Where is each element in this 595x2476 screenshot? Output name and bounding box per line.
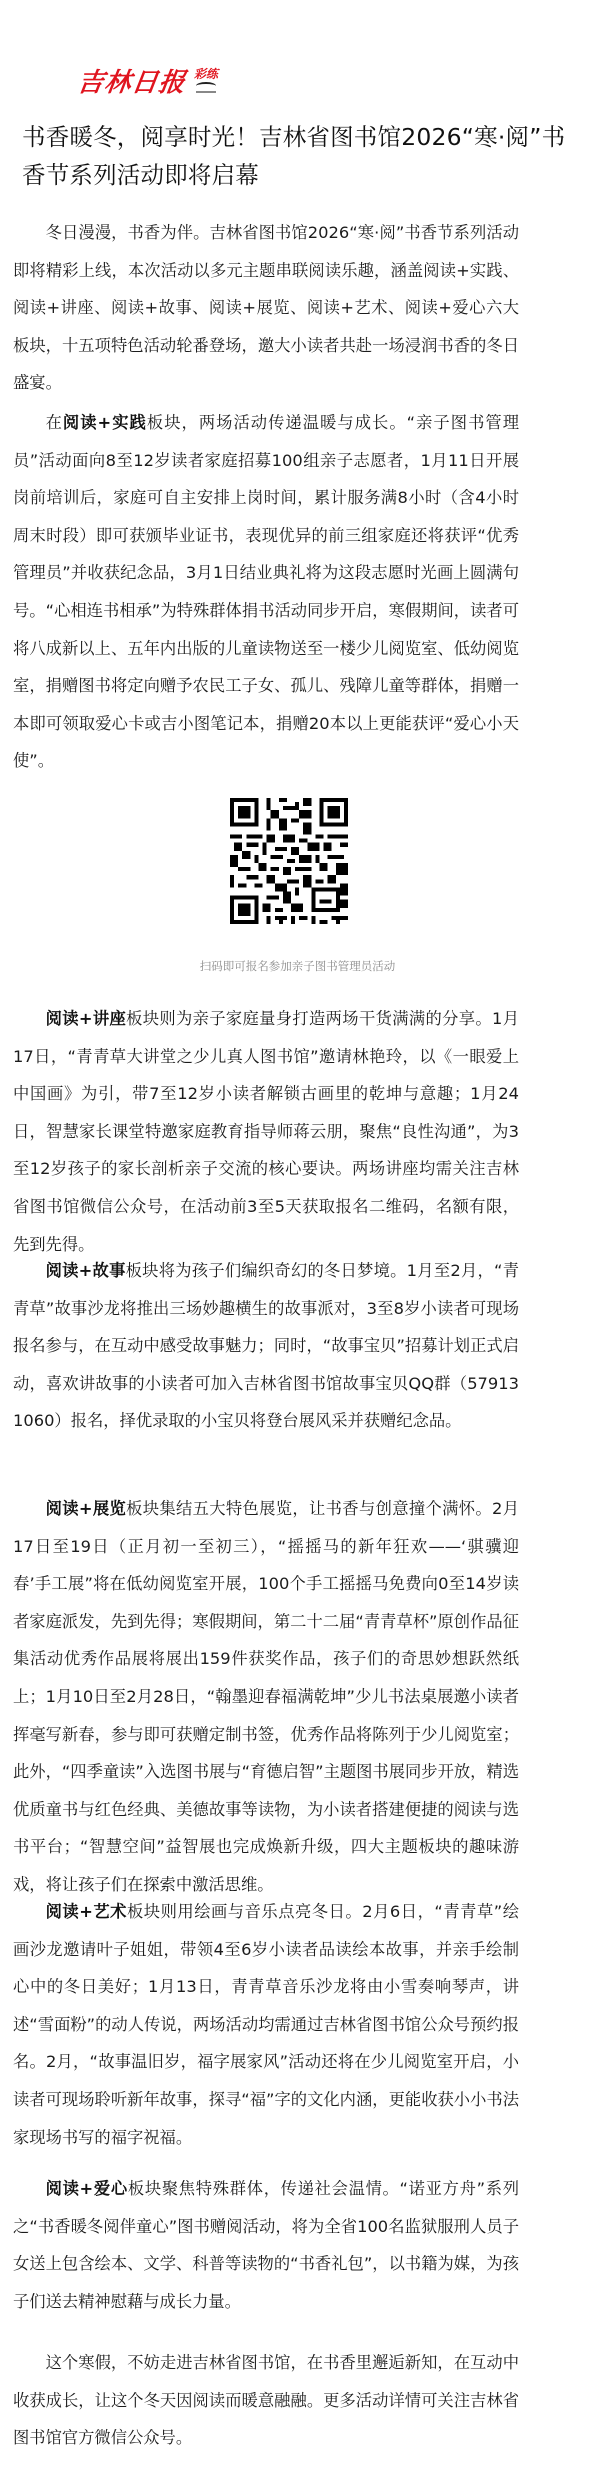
section-paragraph: 阅读+故事板块将为孩子们编织奇幻的冬日梦境。1月至2月，“青青草”故事沙龙将推出… [13,1252,519,1440]
section-heading: 阅读+讲座 [46,1009,127,1028]
section-story: 阅读+故事板块将为孩子们编织奇幻的冬日梦境。1月至2月，“青青草”故事沙龙将推出… [13,1252,519,1440]
masthead-logo[interactable]: 吉林日报 彩练 [78,58,228,103]
section-heading: 阅读+展览 [46,1499,127,1518]
section-body: 板块聚焦特殊群体，传递社会温情。“诺亚方舟”系列之“书香暖冬阅伴童心”图书赠阅活… [13,2179,519,2311]
section-body: 板块则用绘画与音乐点亮冬日。2月6日，“青青草”绘画沙龙邀请叶子姐姐，带领4至6… [13,1902,519,2147]
section-body: 板块集结五大特色展览，让书香与创意撞个满怀。2月17日至19日（正月初一至初三）… [13,1499,519,1894]
section-paragraph: 阅读+讲座板块则为亲子家庭量身打造两场干货满满的分享。1月17日，“青青草大讲堂… [13,1000,519,1263]
article-body: 冬日漫漫，书香为伴。吉林省图书馆2026“寒·阅”书香节系列活动即将精彩上线，本… [13,214,519,402]
intro-paragraph: 冬日漫漫，书香为伴。吉林省图书馆2026“寒·阅”书香节系列活动即将精彩上线，本… [13,214,519,402]
qr-code-icon[interactable] [230,797,348,925]
sub-brand-label: 彩练 [194,68,218,80]
section-heading: 阅读+艺术 [46,1902,127,1921]
logo-underline-icon [196,91,216,93]
section-body: 板块，两场活动传递温暖与成长。“亲子图书管理员”活动面向8至12岁读者家庭招募1… [13,413,519,770]
section-prefix: 在 [46,413,63,432]
section-exhibition: 阅读+展览板块集结五大特色展览，让书香与创意撞个满怀。2月17日至19日（正月初… [13,1490,519,1904]
section-practice: 在阅读+实践板块，两场活动传递温暖与成长。“亲子图书管理员”活动面向8至12岁读… [13,404,519,780]
section-charity: 阅读+爱心板块聚焦特殊群体，传递社会温情。“诺亚方舟”系列之“书香暖冬阅伴童心”… [13,2170,519,2320]
arc-logo-icon [196,82,216,90]
closing-section: 这个寒假，不妨走进吉林省图书馆，在书香里邂逅新知，在互动中收获成长，让这个冬天因… [13,2344,519,2457]
section-body: 板块则为亲子家庭量身打造两场干货满满的分享。1月17日，“青青草大讲堂之少儿真人… [13,1009,519,1254]
qr-caption: 扫码即可报名参加亲子图书管理员活动 [0,958,595,974]
section-paragraph: 阅读+展览板块集结五大特色展览，让书香与创意撞个满怀。2月17日至19日（正月初… [13,1490,519,1904]
section-paragraph: 在阅读+实践板块，两场活动传递温暖与成长。“亲子图书管理员”活动面向8至12岁读… [13,404,519,780]
sub-brand-logo: 彩练 [194,68,218,93]
closing-paragraph: 这个寒假，不妨走进吉林省图书馆，在书香里邂逅新知，在互动中收获成长，让这个冬天因… [13,2344,519,2457]
section-heading: 阅读+故事 [46,1261,126,1280]
section-heading: 阅读+爱心 [46,2179,128,2198]
section-body: 板块将为孩子们编织奇幻的冬日梦境。1月至2月，“青青草”故事沙龙将推出三场妙趣横… [13,1261,519,1430]
newspaper-brand: 吉林日报 [75,62,188,99]
section-lecture: 阅读+讲座板块则为亲子家庭量身打造两场干货满满的分享。1月17日，“青青草大讲堂… [13,1000,519,1263]
section-paragraph: 阅读+爱心板块聚焦特殊群体，传递社会温情。“诺亚方舟”系列之“书香暖冬阅伴童心”… [13,2170,519,2320]
section-art: 阅读+艺术板块则用绘画与音乐点亮冬日。2月6日，“青青草”绘画沙龙邀请叶子姐姐，… [13,1893,519,2156]
article-title: 书香暖冬，阅享时光！吉林省图书馆2026“寒·阅”书香节系列活动即将启幕 [22,118,582,194]
section-paragraph: 阅读+艺术板块则用绘画与音乐点亮冬日。2月6日，“青青草”绘画沙龙邀请叶子姐姐，… [13,1893,519,2156]
section-heading: 阅读+实践 [63,413,147,432]
